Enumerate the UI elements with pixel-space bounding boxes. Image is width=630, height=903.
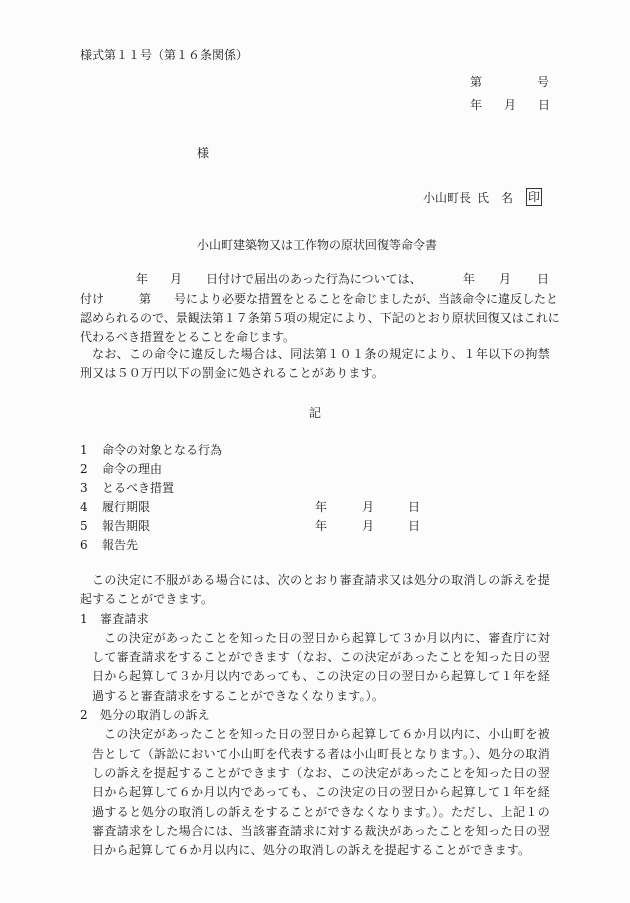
- item-number: 3: [80, 481, 88, 495]
- body-line2-a: 付け: [80, 292, 104, 306]
- appeal-intro: この決定に不服がある場合には、次のとおり審査請求又は処分の取消しの訴えを提起する…: [80, 571, 550, 610]
- item-number: 1: [80, 443, 88, 457]
- item-number: 4: [80, 500, 88, 514]
- body-line2-b: 第: [139, 292, 151, 306]
- ki-heading: 記: [309, 406, 321, 420]
- item-label: 報告期限: [102, 519, 150, 533]
- doc-number-suffix: 号: [537, 75, 549, 89]
- item-year: 年: [315, 500, 327, 514]
- item-label: とるべき措置: [102, 481, 174, 495]
- seal-icon: 印: [526, 188, 542, 206]
- appeal-notice: この決定に不服がある場合には、次のとおり審査請求又は処分の取消しの訴えを提起する…: [80, 571, 550, 860]
- issuer-name-label: 氏 名: [477, 191, 513, 205]
- penalty-text: なお、この命令に違反した場合は、同法第１０１条の規定により、１年以下の拘禁刑又は…: [80, 345, 550, 384]
- body-line1-month: 月: [170, 272, 182, 286]
- addressee-honorific: 様: [197, 146, 209, 160]
- item-day: 日: [408, 500, 420, 514]
- item-label: 命令の理由: [102, 462, 162, 476]
- item-number: 6: [80, 538, 88, 552]
- item-month: 月: [362, 500, 374, 514]
- item-label: 報告先: [102, 538, 138, 552]
- body-line1-year2: 年: [463, 272, 475, 286]
- date-year: 年: [470, 98, 482, 112]
- seal-mark: 印: [526, 188, 542, 206]
- item-label: 命令の対象となる行為: [102, 443, 222, 457]
- appeal-section-heading: 1 審査請求: [80, 610, 550, 629]
- item-number: 2: [80, 462, 88, 476]
- body-line1-text: 日付けで届出のあった行為については、: [206, 272, 422, 286]
- item-label: 履行期限: [102, 500, 150, 514]
- date-day: 日: [538, 98, 550, 112]
- item-number: 5: [80, 519, 88, 533]
- appeal-section-heading: 2 処分の取消しの訴え: [80, 706, 550, 725]
- body-line1-year: 年: [136, 272, 148, 286]
- body-line1-day2: 日: [537, 272, 549, 286]
- document-title: 小山町建築物又は工作物の原状回復等命令書: [197, 238, 437, 252]
- body-line2-c: 号により必要な措置をとることを命じましたが、当該命令に違反したと: [174, 292, 558, 306]
- item-day: 日: [408, 519, 420, 533]
- item-year: 年: [315, 519, 327, 533]
- item-month: 月: [362, 519, 374, 533]
- form-number: 様式第１１号（第１６条関係）: [80, 48, 248, 62]
- appeal-section-text: この決定があったことを知った日の翌日から起算して６か月以内に、小山町を被告として…: [80, 725, 550, 860]
- body-line3: 認められるので、景観法第１７条第５項の規定により、下記のとおり原状回復又はこれに: [80, 311, 560, 325]
- penalty-paragraph: なお、この命令に違反した場合は、同法第１０１条の規定により、１年以下の拘禁刑又は…: [80, 345, 550, 384]
- date-month: 月: [504, 98, 516, 112]
- body-line4: 代わるべき措置をとることを命じます。: [80, 330, 295, 344]
- issuer-title: 小山町長: [423, 191, 471, 205]
- appeal-section-text: この決定があったことを知った日の翌日から起算して３か月以内に、審査庁に対して審査…: [80, 629, 550, 706]
- body-line1-month2: 月: [499, 272, 511, 286]
- doc-number-prefix: 第: [470, 75, 482, 89]
